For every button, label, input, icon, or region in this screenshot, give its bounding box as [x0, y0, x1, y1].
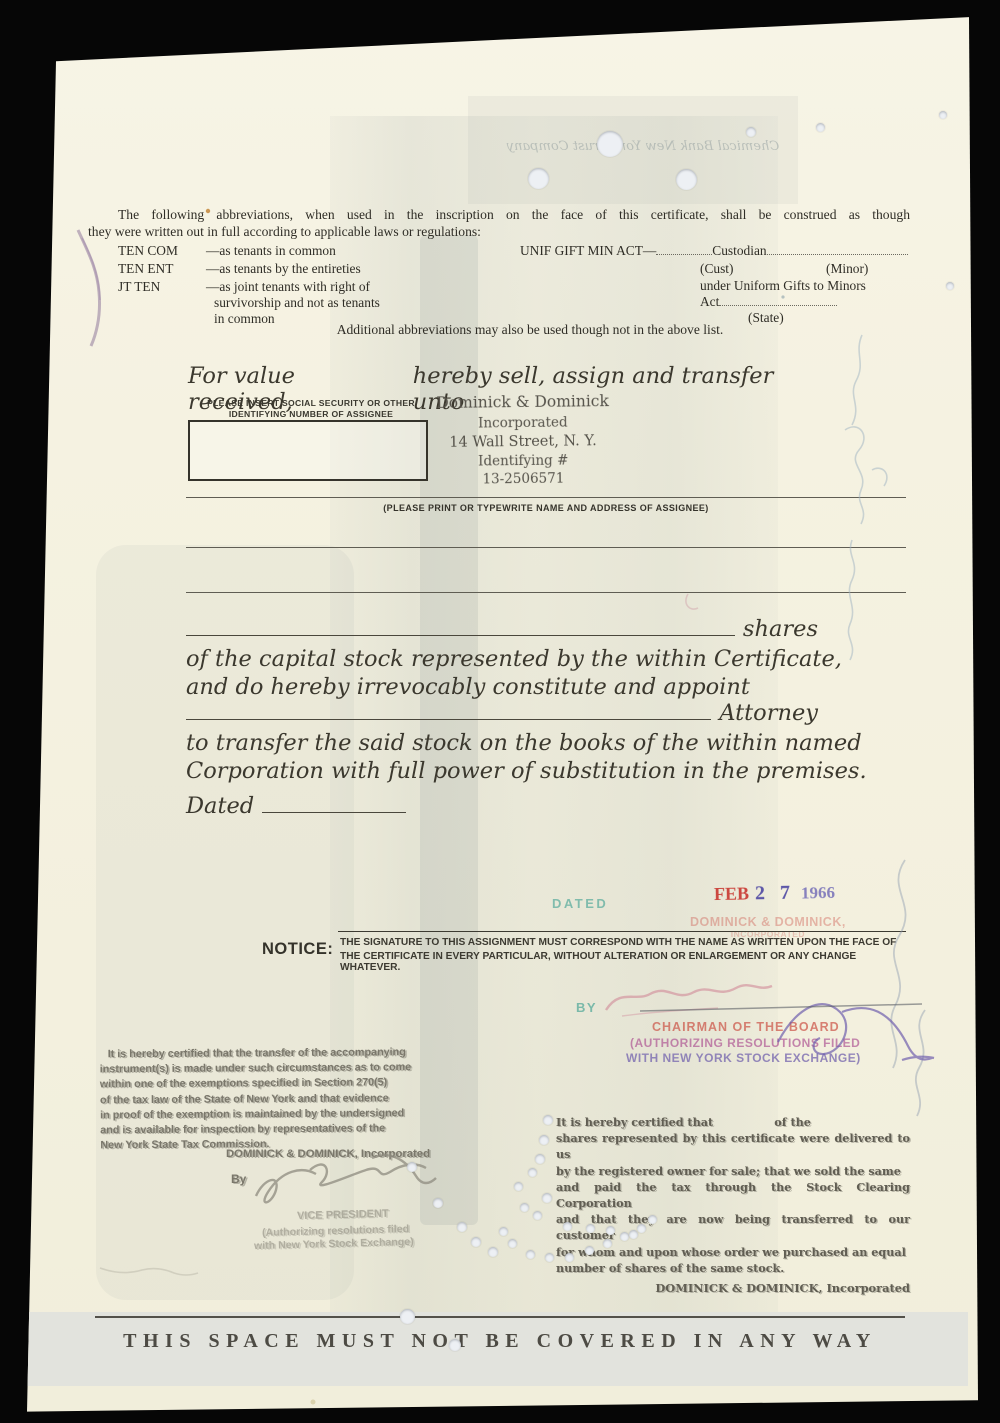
abbrev-jt-ten-label: JT TEN — [118, 279, 206, 295]
punch-hole — [533, 1211, 542, 1220]
blank-line — [186, 719, 711, 720]
capital-stock-line2: and do hereby irrevocably constitute and… — [186, 674, 750, 700]
dominick-ghost-stamp: DOMINICK & DOMINICK, INCORPORATED — [690, 915, 846, 939]
punch-hole — [520, 1203, 529, 1212]
assignee-id-box — [188, 420, 428, 481]
punch-hole — [449, 1339, 461, 1351]
punch-hole — [620, 1232, 629, 1241]
broker-cert-line: by the registered owner for sale; that w… — [556, 1163, 910, 1179]
paper-sheet: Chemical Bank New York Trust Company The… — [0, 0, 1000, 1423]
punch-hole — [407, 1162, 417, 1172]
punch-hole — [585, 1246, 594, 1255]
assignee-stamp-inc: Incorporated — [428, 414, 618, 432]
abbrev-unif-act: Act — [700, 294, 908, 310]
left-cert-title: VICE PRESIDENT — [297, 1208, 389, 1222]
blank-line — [262, 812, 406, 813]
abbrev-jt-ten-wrap1: survivorship and not as tenants — [214, 295, 380, 311]
authorizing-stamp-line2: WITH NEW YORK STOCK EXCHANGE) — [626, 1051, 861, 1065]
dominick-ghost-line1: DOMINICK & DOMINICK, — [690, 915, 846, 929]
punch-hole — [542, 1193, 552, 1203]
dotted-leader — [719, 294, 837, 306]
strike-line — [640, 1004, 922, 1011]
punch-hole — [526, 1250, 535, 1259]
punch-hole — [535, 1154, 545, 1164]
broker-cert-company: DOMINICK & DOMINICK, Incorporated — [556, 1280, 910, 1296]
notice-line2: THE CERTIFICATE IN EVERY PARTICULAR, WIT… — [340, 951, 906, 973]
scanned-certificate-back: Chemical Bank New York Trust Company The… — [0, 0, 1000, 1423]
notice-rule — [338, 931, 906, 932]
dated-text: Dated — [186, 793, 254, 819]
punch-hole — [457, 1222, 467, 1232]
broker-cert-line: and paid the tax through the Stock Clear… — [556, 1179, 910, 1211]
attorney-line: Attorney — [186, 700, 818, 726]
punch-hole — [545, 1253, 554, 1262]
ghost-bank-name-mirrored: Chemical Bank New York Trust Company — [487, 139, 799, 154]
abbrev-unif-cust: (Cust) — [700, 261, 733, 277]
punch-hole — [648, 1215, 657, 1224]
date-stamp-day: 2 7 — [755, 882, 795, 906]
punch-hole — [514, 1182, 523, 1191]
footer-rule — [95, 1316, 905, 1318]
punch-hole — [471, 1237, 481, 1247]
dated-stamp: DATED — [552, 896, 608, 911]
shares-text: shares — [743, 616, 818, 642]
broker-certification: It is hereby certified that of the share… — [556, 1114, 910, 1296]
broker-cert-line1a: It is hereby certified that — [556, 1114, 713, 1130]
left-cert-company: DOMINICK & DOMINICK, Incorporated — [226, 1148, 430, 1160]
authorizing-stamp-line1: (AUTHORIZING RESOLUTIONS FILED — [630, 1036, 860, 1050]
dated-line: Dated — [186, 793, 406, 819]
abbrev-jt-ten-def1: —as joint tenants with right of — [206, 279, 370, 294]
date-stamp-year: 1966 — [801, 883, 835, 904]
assignee-stamp-address: 14 Wall Street, N. Y. — [428, 433, 618, 451]
shares-line: shares — [186, 616, 818, 642]
abbrev-jt-ten: JT TEN—as joint tenants with right of — [118, 279, 370, 295]
abbrev-unif-row: UNIF GIFT MIN ACT— Custodian — [520, 243, 908, 259]
punch-hole — [676, 169, 697, 190]
punch-hole — [400, 1309, 415, 1324]
abbrev-unif-label: UNIF GIFT MIN ACT— — [520, 243, 656, 259]
abbrev-ten-com-def: —as tenants in common — [206, 243, 336, 258]
attorney-text: Attorney — [719, 700, 818, 726]
assignee-stamp: Dominick & Dominick Incorporated 14 Wall… — [428, 392, 619, 488]
punch-hole — [816, 123, 825, 132]
dotted-leader — [767, 243, 908, 255]
punch-hole — [629, 1230, 638, 1239]
punch-hole — [508, 1239, 517, 1248]
abbrev-unif-under: under Uniform Gifts to Minors — [700, 278, 866, 294]
abbrev-ten-ent-label: TEN ENT — [118, 261, 206, 277]
tax-exemption-certification: It is hereby certified that the transfer… — [100, 1045, 487, 1154]
chairman-stamp-line: CHAIRMAN OF THE BOARD — [652, 1020, 840, 1034]
punch-hole — [946, 282, 954, 290]
abbrev-ten-com: TEN COM—as tenants in common — [118, 243, 336, 259]
bleed-flourish — [891, 860, 925, 1116]
abbrev-ten-ent-def: —as tenants by the entireties — [206, 261, 361, 276]
assignee-line-3 — [186, 592, 906, 593]
punch-hole — [563, 1222, 572, 1231]
footer-notice: THIS SPACE MUST NOT BE COVERED IN ANY WA… — [95, 1330, 905, 1353]
punch-hole — [606, 1226, 615, 1235]
assignee-line-2 — [186, 547, 906, 548]
punch-hole — [565, 1253, 574, 1262]
broker-cert-first-line: It is hereby certified that of the — [556, 1114, 811, 1130]
assignee-stamp-idlabel: Identifying # — [428, 452, 618, 470]
punch-hole — [543, 1115, 553, 1125]
assignee-stamp-idnumber: 13-2506571 — [428, 470, 618, 488]
abbrev-unif-minor: (Minor) — [826, 261, 868, 277]
ssn-instruction: PLEASE INSERT SOCIAL SECURITY OR OTHER I… — [188, 398, 434, 419]
assignee-stamp-name: Dominick & Dominick — [428, 392, 618, 412]
punch-hole — [499, 1227, 508, 1236]
abbrev-ten-com-label: TEN COM — [118, 243, 206, 259]
punch-hole — [586, 1224, 595, 1233]
capital-stock-line1: of the capital stock represented by the … — [186, 646, 842, 672]
transfer-line1: to transfer the said stock on the books … — [186, 730, 862, 756]
notice-line1: THE SIGNATURE TO THIS ASSIGNMENT MUST CO… — [340, 937, 906, 948]
date-received-stamp: FEB 2 7 1966 — [714, 881, 835, 906]
abbrev-additional: Additional abbreviations may also be use… — [210, 322, 850, 338]
ssn-instruction-line1: PLEASE INSERT SOCIAL SECURITY OR OTHER — [188, 398, 434, 409]
abbreviations-intro-line1: The following abbreviations, when used i… — [88, 207, 910, 223]
tear-mark — [78, 230, 100, 346]
punch-hole — [528, 168, 549, 189]
date-stamp-month: FEB — [714, 883, 749, 905]
abbrev-unif-custodian: Custodian — [712, 243, 766, 259]
abbrev-unif-act-label: Act — [700, 294, 719, 310]
punch-hole — [603, 1239, 612, 1248]
punch-hole — [539, 1135, 549, 1145]
by-stamp-label: BY — [576, 1000, 597, 1015]
punch-hole — [939, 111, 947, 119]
chairman-signature — [606, 985, 772, 1010]
print-name-caption: (PLEASE PRINT OR TYPEWRITE NAME AND ADDR… — [186, 503, 906, 513]
blank-line — [186, 635, 735, 636]
ssn-instruction-line2: IDENTIFYING NUMBER OF ASSIGNEE — [188, 409, 434, 420]
transfer-line2: Corporation with full power of substitut… — [186, 758, 867, 784]
abbreviations-intro-line2: they were written out in full according … — [88, 224, 910, 240]
dotted-leader — [656, 243, 712, 255]
broker-cert-line: number of shares of the same stock. — [556, 1260, 910, 1276]
broker-cert-line1b: of the — [774, 1114, 811, 1130]
punch-hole — [433, 1198, 443, 1208]
punch-hole — [637, 1224, 646, 1233]
ghost-top-banner — [468, 96, 798, 204]
left-cert-by-label: By — [231, 1172, 246, 1186]
broker-cert-line: shares represented by this certificate w… — [556, 1130, 910, 1162]
punch-hole — [597, 131, 623, 157]
assignee-line-1 — [186, 497, 906, 498]
punch-hole — [528, 1168, 537, 1177]
punch-hole — [746, 127, 756, 137]
punch-hole — [488, 1247, 498, 1257]
notice-label: NOTICE: — [262, 940, 333, 959]
abbrev-ten-ent: TEN ENT—as tenants by the entireties — [118, 261, 361, 277]
